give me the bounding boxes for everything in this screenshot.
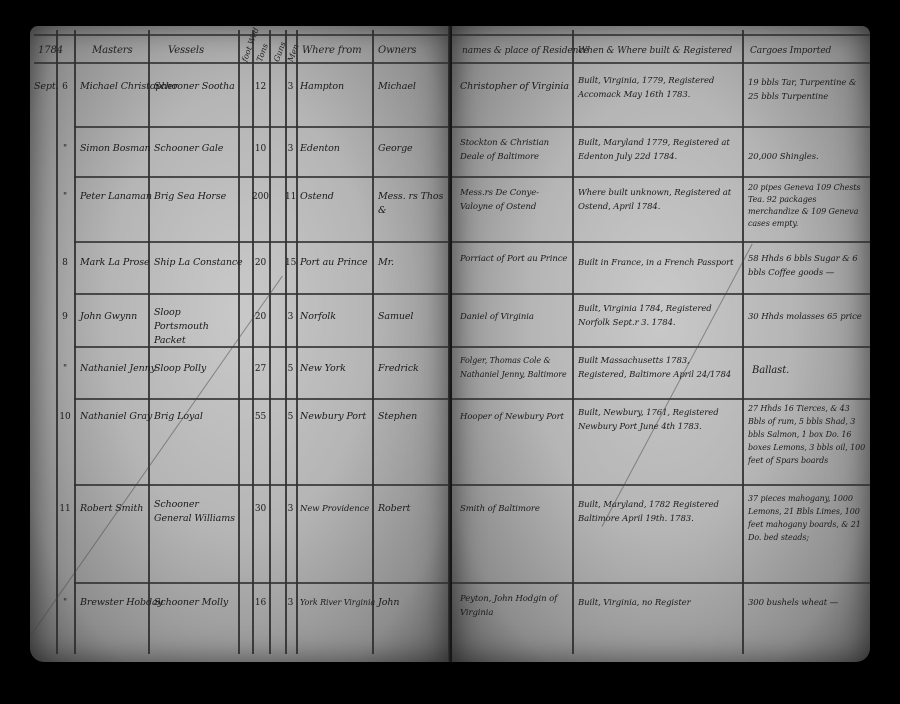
header-where-from: Where from: [302, 44, 362, 58]
row-residence: Porriact of Port au Prince: [460, 252, 570, 266]
rule: [74, 293, 450, 295]
row-owner: Fredrick: [378, 362, 419, 376]
row-owner: John: [378, 596, 399, 610]
row-cargo: 19 bbls Tar, Turpentine & 25 bbls Turpen…: [748, 76, 868, 104]
row-vessel: Schooner Molly: [154, 596, 228, 610]
row-residence: Stockton & Christian Deale of Baltimore: [460, 136, 570, 164]
rule: [34, 34, 450, 36]
row-day: 6: [58, 80, 72, 94]
rule: [452, 34, 870, 36]
row-cargo: 20 pipes Geneva 109 Chests Tea. 92 packa…: [748, 182, 868, 230]
row-residence: Smith of Baltimore: [460, 502, 570, 516]
row-tons: 30: [252, 502, 269, 516]
row-master: Nathaniel Gray: [80, 410, 152, 424]
row-cargo: 300 bushels wheat —: [748, 596, 868, 610]
row-residence: Hooper of Newbury Port: [460, 410, 570, 424]
row-cargo: Ballast.: [752, 364, 868, 378]
month: Sept.: [34, 80, 59, 94]
row-master: Simon Bosman: [80, 142, 151, 156]
header-when-where-built: When & Where built & Registered: [578, 44, 732, 58]
rule: [452, 346, 870, 348]
header-cargoes: Cargoes Imported: [750, 44, 831, 58]
row-tons: 27: [252, 362, 269, 376]
row-vessel: Schooner Gale: [154, 142, 223, 156]
row-men: 3: [285, 142, 296, 156]
row-built: Built, Virginia, 1779, Registered Accoma…: [578, 74, 740, 102]
rule: [56, 30, 58, 654]
row-vessel: Ship La Constance: [154, 256, 243, 270]
row-day: 10: [58, 410, 72, 424]
row-built: Built, Virginia 1784, Registered Norfolk…: [578, 302, 740, 330]
row-built: Built, Maryland 1779, Registered at Eden…: [578, 136, 740, 164]
row-men: 15: [285, 256, 296, 270]
rule: [452, 582, 870, 584]
rule: [74, 398, 450, 400]
rule: [285, 30, 287, 654]
row-master: Robert Smith: [80, 502, 143, 516]
rule: [34, 62, 450, 64]
header-owners-residence: names & place of Residence: [462, 44, 588, 58]
row-residence: Christopher of Virginia: [460, 80, 570, 94]
row-where-from: York River Virginia: [300, 596, 375, 610]
header-masters: Masters: [92, 44, 132, 58]
row-day: 11: [58, 502, 72, 516]
row-men: 3: [285, 80, 296, 94]
row-master: Nathaniel Jenny: [80, 362, 156, 376]
rule: [452, 126, 870, 128]
row-cargo: 30 Hhds molasses 65 price: [748, 310, 868, 324]
rule: [148, 30, 150, 654]
rule: [452, 62, 870, 64]
row-owner: Robert: [378, 502, 410, 516]
rule: [452, 241, 870, 243]
row-owner: Stephen: [378, 410, 417, 424]
row-owner: George: [378, 142, 413, 156]
row-cargo: 27 Hhds 16 Tierces, & 43 Bbls of rum, 5 …: [748, 402, 868, 467]
header-owners: Owners: [378, 44, 416, 58]
row-owner: Michael: [378, 80, 416, 94]
row-tons: 16: [252, 596, 269, 610]
header-year: 1784: [38, 44, 63, 58]
row-where-from: Edenton: [300, 142, 340, 156]
row-built: Where built unknown, Registered at Osten…: [578, 186, 740, 214]
row-cargo: 37 pieces mahogany, 1000 Lemons, 21 Bbls…: [748, 492, 868, 544]
rule: [252, 30, 254, 654]
row-vessel: Sloop Polly: [154, 362, 206, 376]
row-master: Brewster Hobday: [80, 596, 163, 610]
row-day: 8: [58, 256, 72, 270]
rule: [74, 30, 76, 654]
row-tons: 55: [252, 410, 269, 424]
header-vessels: Vessels: [168, 44, 204, 58]
row-tons: 10: [252, 142, 269, 156]
row-men: 5: [285, 362, 296, 376]
row-vessel: Brig Sea Horse: [154, 190, 226, 204]
rule: [742, 30, 744, 654]
row-residence: Mess.rs De Conye-Valoyne of Ostend: [460, 186, 570, 214]
rule: [452, 176, 870, 178]
row-vessel: Schooner Sootha: [154, 80, 235, 94]
row-built: Built in France, in a French Passport: [578, 256, 740, 270]
row-residence: Daniel of Virginia: [460, 310, 570, 324]
rule: [238, 30, 240, 654]
rule: [452, 398, 870, 400]
row-tons: 20: [252, 256, 269, 270]
row-where-from: Newbury Port: [300, 410, 366, 424]
ledger-spread: 1784 Masters Vessels foot Wed Tons Guns …: [30, 26, 870, 662]
rule: [74, 126, 450, 128]
right-page: names & place of Residence When & Where …: [452, 26, 870, 662]
row-day: ": [58, 142, 72, 156]
row-where-from: Norfolk: [300, 310, 336, 324]
row-men: 3: [285, 310, 296, 324]
row-residence: Folger, Thomas Cole & Nathaniel Jenny, B…: [460, 354, 570, 382]
rule: [372, 30, 374, 654]
row-built: Built, Maryland, 1782 Registered Baltimo…: [578, 498, 740, 526]
header-tons: Tons: [255, 42, 270, 63]
row-men: 11: [285, 190, 296, 204]
row-day: ": [58, 362, 72, 376]
row-where-from: New York: [300, 362, 346, 376]
row-men: 5: [285, 410, 296, 424]
row-day: 9: [58, 310, 72, 324]
row-owner: Mr.: [378, 256, 394, 270]
rule: [74, 346, 450, 348]
row-where-from: Hampton: [300, 80, 344, 94]
rule: [572, 30, 574, 654]
row-residence: Peyton, John Hodgin of Virginia: [460, 592, 570, 620]
row-men: 3: [285, 596, 296, 610]
row-vessel: Brig Loyal: [154, 410, 203, 424]
row-built: Built, Virginia, no Register: [578, 596, 740, 610]
row-master: Mark La Prose: [80, 256, 150, 270]
row-tons: 20: [252, 310, 269, 324]
row-men: 3: [285, 502, 296, 516]
rule: [74, 582, 450, 584]
row-built: Built Massachusetts 1783, Registered, Ba…: [578, 354, 740, 382]
row-master: Peter Lanaman: [80, 190, 152, 204]
row-day: ": [58, 190, 72, 204]
row-owner: Mess. rs Thos &: [378, 190, 448, 218]
row-cargo: 20,000 Shingles.: [748, 150, 868, 164]
row-where-from: Ostend: [300, 190, 334, 204]
rule: [74, 484, 450, 486]
rule: [74, 241, 450, 243]
row-cargo: 58 Hhds 6 bbls Sugar & 6 bbls Coffee goo…: [748, 252, 868, 280]
row-tons: 12: [252, 80, 269, 94]
row-built: Built, Newbury, 1761, Registered Newbury…: [578, 406, 740, 434]
row-where-from: New Providence: [300, 502, 369, 516]
row-master: John Gwynn: [80, 310, 137, 324]
row-day: ": [58, 596, 72, 610]
header-men: Men: [286, 43, 301, 63]
row-tons: 200: [252, 190, 269, 204]
row-owner: Samuel: [378, 310, 413, 324]
rule: [74, 176, 450, 178]
rule: [452, 293, 870, 295]
rule: [296, 30, 298, 654]
row-vessel: Schooner General Williams: [154, 498, 238, 526]
row-vessel: Sloop Portsmouth Packet: [154, 306, 238, 348]
rule: [269, 30, 271, 654]
row-where-from: Port au Prince: [300, 256, 368, 270]
left-page: 1784 Masters Vessels foot Wed Tons Guns …: [30, 26, 450, 662]
rule: [452, 484, 870, 486]
